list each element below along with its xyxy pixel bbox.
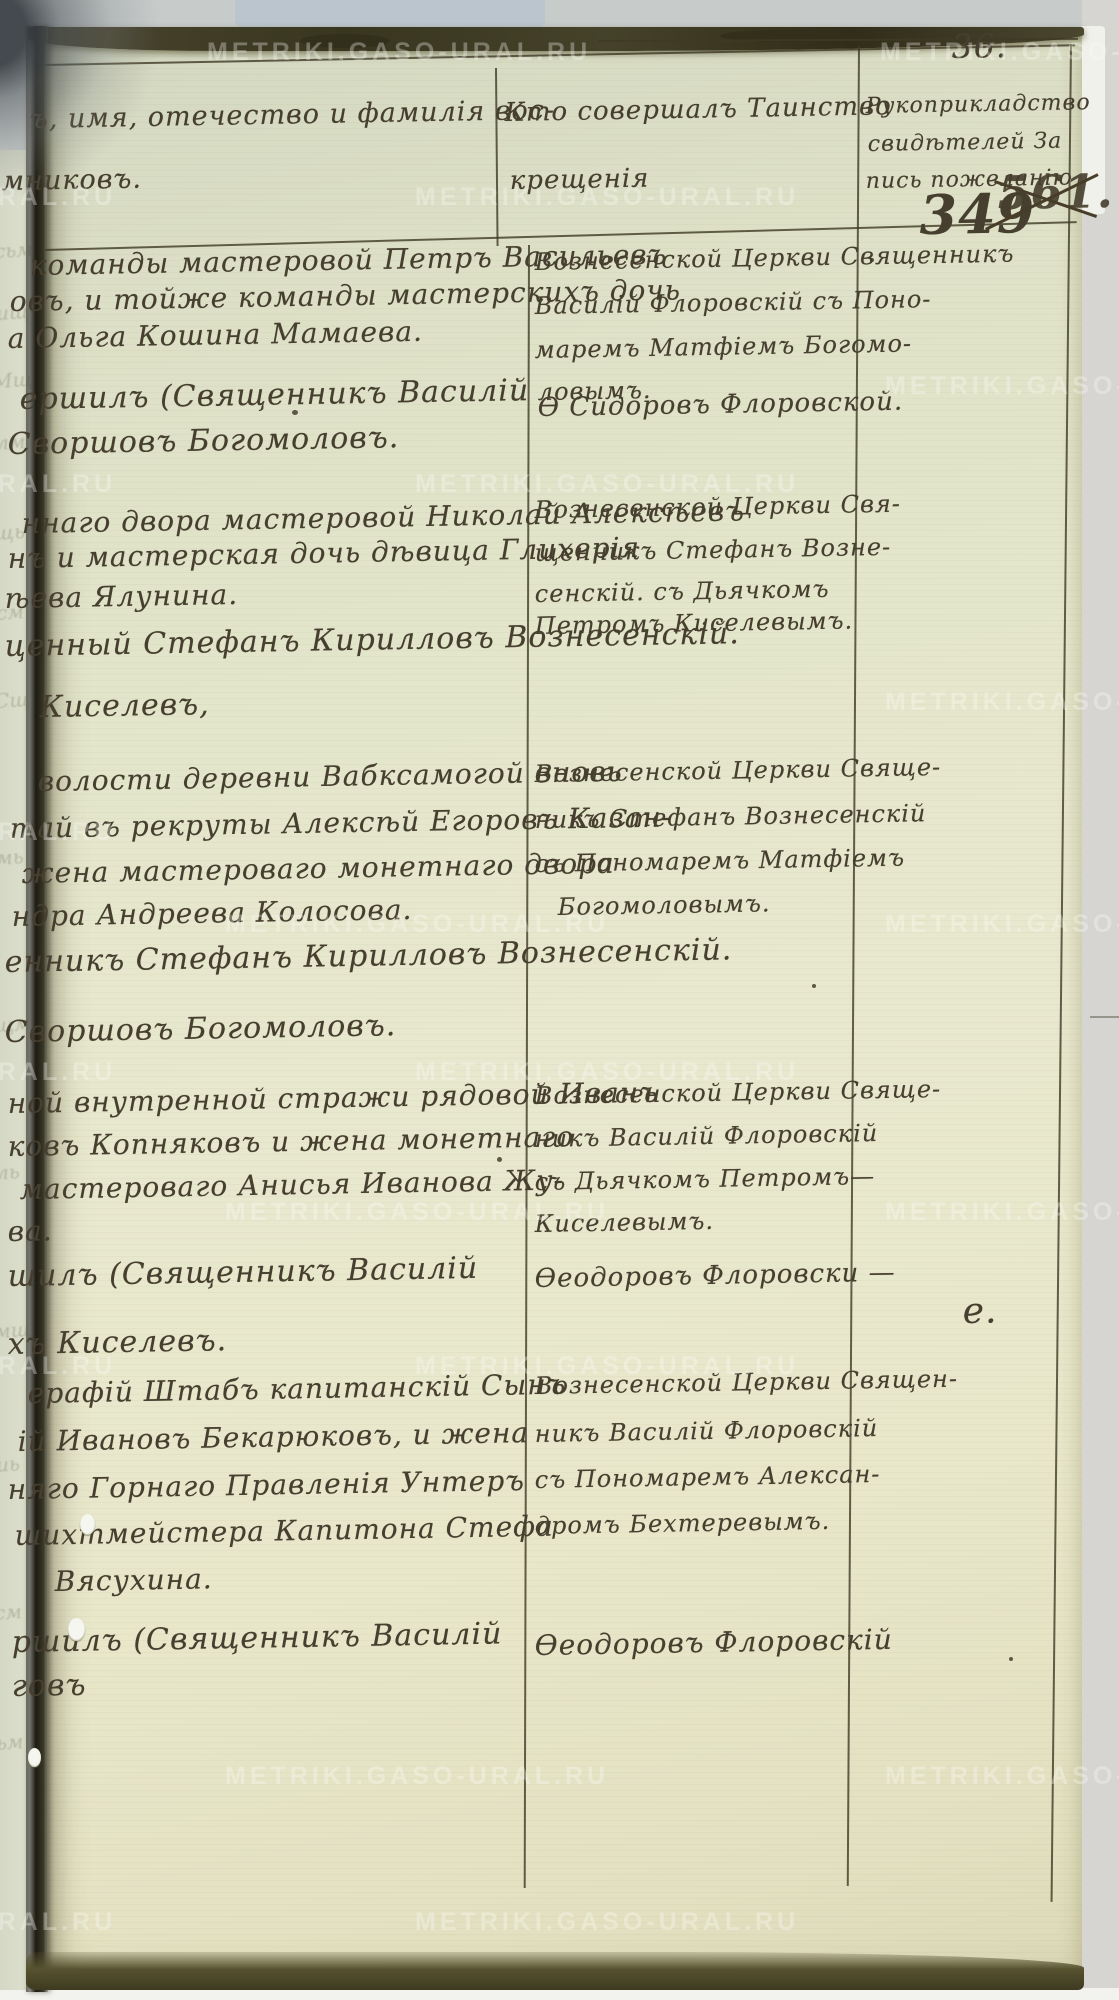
watermark-text: METRIKI.GASO-URAL.RU <box>225 1762 609 1791</box>
watermark-text: METRIKI.GASO-URAL.RU <box>880 38 1119 67</box>
watermark-layer: METRIKI.GASO-URAL.RUMETRIKI.GASO-URAL.RU… <box>0 0 1119 2000</box>
watermark-text: METRIKI.GASO-URAL.RU <box>0 1058 116 1087</box>
watermark-text: METRIKI.GASO-URAL.RU <box>207 38 591 67</box>
watermark-text: METRIKI.GASO-URAL.RU <box>0 470 116 499</box>
scanned-metric-book-page: 36. 349 561. е. ъ, имя, отечество и фами… <box>0 0 1119 2000</box>
watermark-text: METRIKI.GASO-URAL.RU <box>225 910 609 939</box>
watermark-text: METRIKI.GASO-URAL.RU <box>415 183 799 212</box>
watermark-text: METRIKI.GASO-URAL.RU <box>415 1058 799 1087</box>
watermark-text: METRIKI.GASO-URAL.RU <box>0 1352 116 1381</box>
watermark-text: METRIKI.GASO-URAL.RU <box>885 688 1119 717</box>
watermark-text: METRIKI.GASO-URAL.RU <box>415 1908 799 1937</box>
scan-corner-shadow <box>0 0 190 230</box>
watermark-text: METRIKI.GASO-URAL.RU <box>415 470 799 499</box>
watermark-text: METRIKI.GASO-URAL.RU <box>0 818 116 847</box>
watermark-text: METRIKI.GASO-URAL.RU <box>885 1198 1119 1227</box>
watermark-text: METRIKI.GASO-URAL.RU <box>225 1198 609 1227</box>
watermark-text: METRIKI.GASO-URAL.RU <box>415 1352 799 1381</box>
watermark-text: METRIKI.GASO-URAL.RU <box>0 1908 116 1937</box>
watermark-text: METRIKI.GASO-URAL.RU <box>885 910 1119 939</box>
watermark-text: METRIKI.GASO-URAL.RU <box>885 1762 1119 1791</box>
watermark-text: METRIKI.GASO-URAL.RU <box>885 372 1119 401</box>
